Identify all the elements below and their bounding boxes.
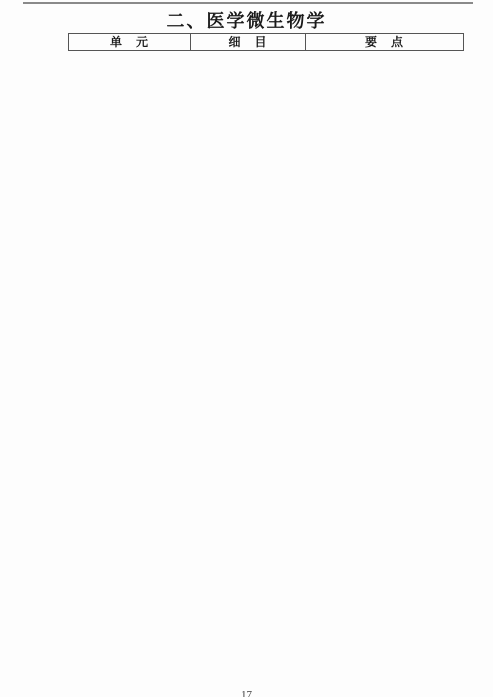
header-rule <box>23 2 473 4</box>
column-header-detail: 细 目 <box>191 34 306 51</box>
page-title: 二、医学微生物学 <box>0 7 493 33</box>
column-header-unit: 单 元 <box>69 34 191 51</box>
syllabus-table-head: 单 元 细 目 要 点 <box>69 34 464 51</box>
page-number: 17 <box>0 689 493 697</box>
syllabus-table: 单 元 细 目 要 点 <box>68 33 464 51</box>
column-header-points: 要 点 <box>306 34 464 51</box>
header-row: 单 元 细 目 要 点 <box>69 34 464 51</box>
document-page: 二、医学微生物学 单 元 细 目 要 点 17 <box>0 0 493 697</box>
